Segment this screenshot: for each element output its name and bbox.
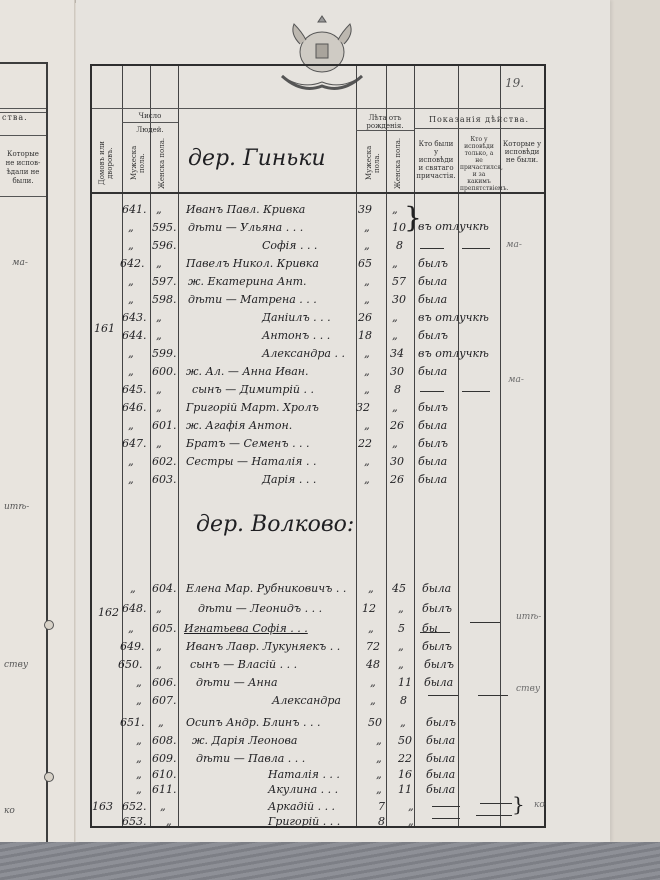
female-number: 609. (152, 752, 177, 765)
age-female: 30 (392, 293, 406, 306)
age-male: „ (368, 622, 374, 635)
person-name: дѣти — Матрена . . . (188, 293, 317, 306)
female-number: „ (166, 815, 172, 828)
status: была (426, 783, 455, 796)
age-female: 11 (398, 783, 412, 796)
female-number: „ (156, 401, 162, 414)
male-number: „ (128, 293, 134, 306)
person-name: дѣти — Павла . . . (196, 752, 305, 765)
status: была (422, 582, 451, 595)
female-number: 610. (152, 768, 177, 781)
male-number: „ (136, 694, 142, 707)
male-number: „ (128, 419, 134, 432)
female-number: 595. (152, 221, 177, 234)
status: бы (422, 622, 438, 635)
female-number: 604. (152, 582, 177, 595)
age-female: „ (398, 640, 404, 653)
column-divider (150, 66, 151, 826)
age-header: Лѣта отъ рожденія. (356, 114, 414, 130)
female-number: 607. (152, 694, 177, 707)
age-male: „ (376, 783, 382, 796)
age-female-header: Женска пола. (394, 136, 406, 190)
wooden-floor-background (0, 842, 660, 880)
age-male: 65 (358, 257, 372, 270)
dash (432, 806, 460, 807)
dash (462, 391, 490, 392)
status: была (418, 419, 447, 432)
person-name: ж. Агафія Антон. (186, 419, 292, 432)
person-name: Павелъ Никол. Кривка (186, 257, 319, 270)
male-number: „ (128, 455, 134, 468)
female-number: 597. (152, 275, 177, 288)
age-male: „ (376, 768, 382, 781)
person-name: Игнатьева Софія . . . (184, 622, 308, 635)
age-male: „ (364, 365, 370, 378)
age-female: „ (400, 716, 406, 729)
age-male: 72 (366, 640, 380, 653)
female-number: „ (156, 640, 162, 653)
left-margin-note: ству (4, 660, 28, 670)
person-name: ж. Ал. — Анна Иван. (186, 365, 309, 378)
margin-note: ству (516, 684, 540, 694)
male-number: 650. (118, 658, 143, 671)
status: была (426, 768, 455, 781)
age-male: 8 (378, 815, 385, 828)
dash (462, 248, 490, 249)
age-male: 50 (368, 716, 382, 729)
person-name: Григорій . . . (268, 815, 340, 828)
age-female: „ (408, 815, 414, 828)
margin-note: итѣ- (516, 612, 541, 622)
female-header: Женска пола. (158, 136, 170, 190)
age-male: 22 (358, 437, 372, 450)
male-number: 644. (122, 329, 147, 342)
age-male: 7 (378, 800, 385, 813)
female-number: 605. (152, 622, 177, 635)
person-name: Елена Мар. Рубниковичъ . . (186, 582, 346, 595)
left-page-rule (0, 135, 46, 136)
left-page-column-fragment: Которые не испов-ѣдали не были. (2, 150, 44, 186)
age-male: 39 (358, 203, 372, 216)
dash (420, 632, 450, 633)
female-number: 601. (152, 419, 177, 432)
status: былъ (418, 437, 448, 450)
age-female: „ (392, 311, 398, 324)
female-number: 596. (152, 239, 177, 252)
left-margin-note: итѣ- (4, 502, 29, 512)
female-number: 603. (152, 473, 177, 486)
left-page-rule (0, 108, 46, 109)
status: была (418, 473, 447, 486)
confessed-header: Кто были у исповѣди и святаго причастія. (416, 140, 456, 180)
age-female: 50 (398, 734, 412, 747)
column-divider (414, 66, 415, 826)
brace: } (512, 794, 525, 814)
status: въ отлучкѣ (418, 220, 489, 233)
left-page-rule (0, 196, 46, 197)
age-female: 30 (390, 365, 404, 378)
person-name: Александра . . (262, 347, 345, 360)
dash (476, 815, 512, 816)
female-number: „ (156, 257, 162, 270)
male-number: „ (130, 582, 136, 595)
female-number: „ (156, 311, 162, 324)
male-header: Мужеска пола. (130, 136, 142, 190)
age-female: „ (408, 800, 414, 813)
age-female: 26 (390, 473, 404, 486)
female-number: „ (156, 658, 162, 671)
houses-header: Домовъ или дворовъ. (98, 138, 116, 188)
dash (420, 248, 444, 249)
dash (428, 695, 458, 696)
male-number: „ (128, 473, 134, 486)
age-male: „ (364, 383, 370, 396)
person-name: Акулина . . . (268, 783, 338, 796)
person-name: Иванъ Лавр. Лукуняекъ . . (186, 640, 340, 653)
person-name: Григорій Март. Хролъ (186, 401, 319, 414)
header-rule (414, 128, 544, 129)
age-male: „ (364, 239, 370, 252)
age-female: 11 (398, 676, 412, 689)
column-divider (500, 66, 501, 826)
age-male: „ (364, 221, 370, 234)
status: былъ (426, 716, 456, 729)
age-male: „ (368, 582, 374, 595)
age-female: 26 (390, 419, 404, 432)
age-female: 10 (392, 221, 406, 234)
age-male: „ (370, 694, 376, 707)
person-name: дѣти — Анна (196, 676, 278, 689)
header-bottom-rule (92, 192, 544, 194)
male-number: „ (128, 365, 134, 378)
person-name: дѣти — Ульяна . . . (188, 221, 303, 234)
age-female: 34 (390, 347, 404, 360)
person-name: сынъ — Димитрій . . (192, 383, 314, 396)
female-number: 600. (152, 365, 177, 378)
status: была (418, 293, 447, 306)
female-number: „ (160, 800, 166, 813)
status: была (418, 365, 447, 378)
left-page: ства. Которые не испов-ѣдали не были. ма… (0, 0, 75, 858)
person-name: Иванъ Павл. Кривка (186, 203, 305, 216)
male-number: 652. (122, 800, 147, 813)
age-male: 12 (362, 602, 376, 615)
male-number: 647. (122, 437, 147, 450)
age-female: „ (392, 401, 398, 414)
age-female: 57 (392, 275, 406, 288)
female-number: „ (156, 203, 162, 216)
person-name: Аркадій . . . (268, 800, 335, 813)
male-number: 646. (122, 401, 147, 414)
header-rule (122, 122, 178, 123)
person-name: Александра (272, 694, 341, 707)
header-rule (356, 130, 414, 131)
female-number: „ (158, 716, 164, 729)
age-male: „ (376, 752, 382, 765)
male-number: „ (136, 734, 142, 747)
male-number: 641. (122, 203, 147, 216)
household-number: 161 (94, 322, 115, 335)
male-number: „ (128, 239, 134, 252)
female-number: 608. (152, 734, 177, 747)
person-name: ж. Екатерина Ант. (188, 275, 307, 288)
male-number: 653. (122, 815, 147, 828)
person-name: Сестры — Наталія . . (186, 455, 316, 468)
persons-header: Людей. (122, 126, 178, 134)
left-margin-note: ко (4, 806, 15, 816)
status: была (426, 752, 455, 765)
confessed-only-header: Кто у исповѣди только, а не причастился,… (460, 136, 498, 192)
male-number: 648. (122, 602, 147, 615)
household-number: 163 (92, 800, 113, 813)
female-number: „ (156, 437, 162, 450)
person-name: сынъ — Власій . . . (190, 658, 297, 671)
male-number: „ (136, 768, 142, 781)
male-number: „ (136, 783, 142, 796)
person-name: Данiилъ . . . (262, 311, 331, 324)
margin-note: ко (534, 800, 545, 810)
male-number: „ (136, 676, 142, 689)
status: была (418, 455, 447, 468)
status: былъ (418, 329, 448, 342)
person-name: Софія . . . (262, 239, 317, 252)
female-number: 599. (152, 347, 177, 360)
male-number: „ (128, 622, 134, 635)
age-female: „ (398, 658, 404, 671)
age-male: „ (364, 347, 370, 360)
male-number: 642. (120, 257, 145, 270)
person-name: Дарія . . . (262, 473, 316, 486)
age-female: „ (398, 602, 404, 615)
header-rule (92, 108, 544, 109)
age-male: „ (370, 676, 376, 689)
dash (470, 622, 500, 623)
person-name: Наталія . . . (268, 768, 340, 781)
column-divider (386, 66, 387, 826)
age-male: „ (364, 293, 370, 306)
dash (480, 803, 512, 804)
female-number: 602. (152, 455, 177, 468)
age-female: 8 (396, 239, 403, 252)
age-female: 5 (398, 622, 405, 635)
person-name: Антонъ . . . (262, 329, 330, 342)
age-male: 18 (358, 329, 372, 342)
male-number: „ (128, 347, 134, 360)
age-female: 45 (392, 582, 406, 595)
column-divider (356, 66, 357, 826)
age-male: „ (376, 734, 382, 747)
male-number: „ (136, 752, 142, 765)
male-number: 643. (122, 311, 147, 324)
status: былъ (422, 602, 452, 615)
dash (420, 391, 444, 392)
status: въ отлучкѣ (418, 311, 489, 324)
age-male-header: Мужеска пола. (365, 136, 377, 190)
male-number: 645. (122, 383, 147, 396)
status: былъ (418, 257, 448, 270)
column-divider (178, 66, 179, 826)
age-female: 16 (398, 768, 412, 781)
age-male: 26 (358, 311, 372, 324)
status: былъ (418, 401, 448, 414)
status: была (418, 275, 447, 288)
male-number: 651. (120, 716, 145, 729)
person-name: Осипъ Андр. Блинъ . . . (186, 716, 321, 729)
female-number: 598. (152, 293, 177, 306)
male-number: 649. (120, 640, 145, 653)
age-male: 48 (366, 658, 380, 671)
village-title: дер. Волково: (196, 512, 354, 537)
age-female: 30 (390, 455, 404, 468)
village-title: дер. Гиньки (188, 146, 326, 171)
status: въ отлучкѣ (418, 347, 489, 360)
age-female: 8 (400, 694, 407, 707)
left-margin-note: ма- (12, 258, 28, 268)
margin-note: ма- (506, 240, 522, 250)
person-name: дѣти — Леонидъ . . . (198, 602, 322, 615)
female-number: 611. (152, 783, 177, 796)
age-male: „ (364, 455, 370, 468)
column-divider (458, 66, 459, 826)
age-male: „ (364, 275, 370, 288)
age-female: „ (392, 437, 398, 450)
female-number: „ (156, 383, 162, 396)
left-page-header-fragment: ства. (2, 113, 28, 122)
action-header: Показанія дѣйства. (414, 116, 544, 124)
margin-note: ма- (508, 375, 524, 385)
binding-stitch (44, 620, 54, 630)
age-female: „ (392, 329, 398, 342)
age-female: 8 (394, 383, 401, 396)
household-number: 162 (98, 606, 119, 619)
binding-stitch (44, 772, 54, 782)
dash (478, 695, 508, 696)
person-name: Братъ — Семенъ . . . (186, 437, 310, 450)
female-number: 606. (152, 676, 177, 689)
age-male: 32 (356, 401, 370, 414)
age-female: 22 (398, 752, 412, 765)
status: была (424, 676, 453, 689)
female-number: „ (156, 602, 162, 615)
status: былъ (424, 658, 454, 671)
not-confessed-header: Которые у исповѣди не были. (502, 140, 542, 164)
age-male: „ (364, 473, 370, 486)
age-female: „ (392, 203, 398, 216)
age-male: „ (364, 419, 370, 432)
age-female: „ (392, 257, 398, 270)
dash (432, 818, 460, 819)
person-name: ж. Дарія Леонова (192, 734, 297, 747)
male-number: „ (128, 275, 134, 288)
female-number: „ (156, 329, 162, 342)
status: была (426, 734, 455, 747)
number-header: Число (122, 112, 178, 120)
status: былъ (422, 640, 452, 653)
male-number: „ (128, 221, 134, 234)
